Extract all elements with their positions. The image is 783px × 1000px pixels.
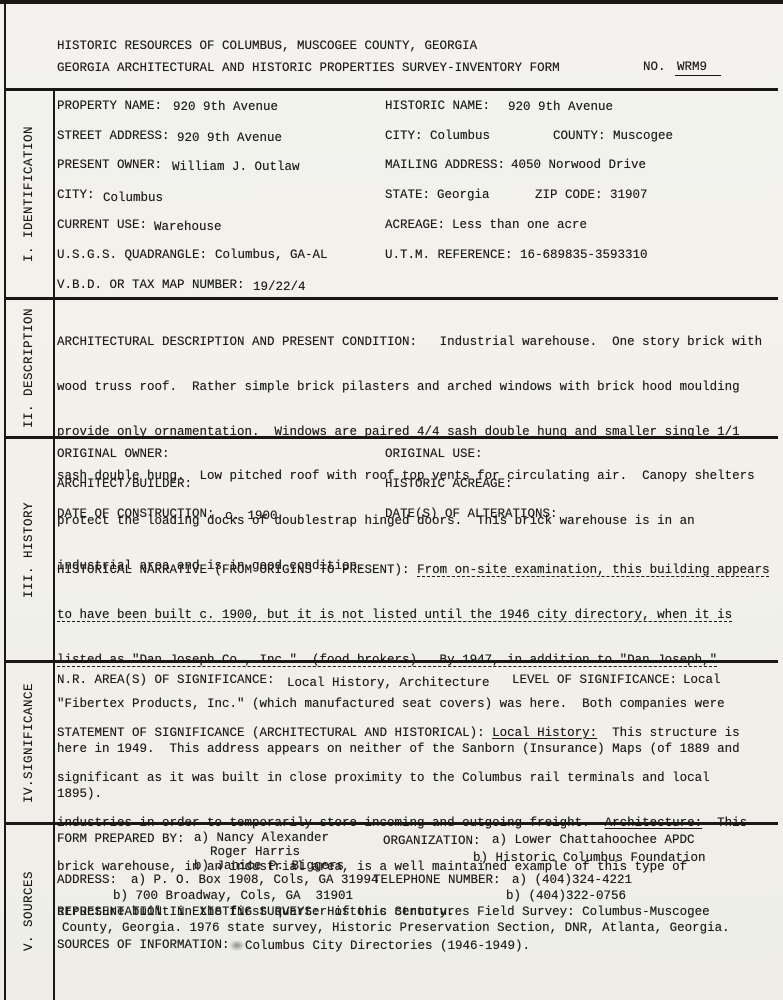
tax-map-value: 19/22/4: [253, 280, 306, 294]
narrative-line-2: to have been built c. 1900, but it is no…: [57, 608, 732, 622]
county-label: COUNTY:: [553, 129, 606, 143]
preparer-a-value: a) Nancy Alexander: [194, 831, 329, 845]
mailing-address-value: 4050 Norwood Drive: [511, 158, 646, 172]
local-history-heading: Local History:: [492, 726, 597, 740]
county-value: Muscogee: [613, 129, 673, 143]
telephone-a-value: a) (404)324-4221: [512, 873, 632, 887]
quadrangle-value: Columbus, GA-AL: [215, 248, 328, 262]
existing-surveys-label: REPRESENTATION IN EXISTING SURVEYS:: [57, 905, 320, 919]
section-significance-label: IV.SIGNIFICANCE: [8, 663, 50, 822]
description-line-2: wood truss roof. Rather simple brick pil…: [57, 379, 775, 396]
architect-builder-label: ARCHITECT/BUILDER:: [57, 477, 192, 491]
statement-line-1-rest: This structure is: [597, 726, 740, 740]
architectural-description-label: ARCHITECTURAL DESCRIPTION AND PRESENT CO…: [57, 335, 417, 349]
section-identification-label: I. IDENTIFICATION: [8, 91, 50, 297]
existing-surveys-line-2: County, Georgia. 1976 state survey, Hist…: [62, 921, 730, 935]
nr-areas-label: N.R. AREA(S) OF SIGNIFICANCE:: [57, 673, 275, 687]
ink-smudge: [229, 940, 245, 951]
sources-of-information-label: SOURCES OF INFORMATION:: [57, 938, 230, 952]
quadrangle-label: U.S.G.S. QUADRANGLE:: [57, 248, 207, 262]
date-of-alterations-label: DATE(S) OF ALTERATIONS:: [385, 507, 558, 521]
historical-narrative-label: HISTORICAL NARRATIVE (FROM ORIGINS TO PR…: [57, 563, 417, 577]
current-use-label: CURRENT USE:: [57, 218, 147, 232]
top-edge-line: [0, 0, 783, 4]
present-owner-label: PRESENT OWNER:: [57, 158, 162, 172]
statement-line-3-rest: This: [702, 816, 747, 830]
statement-label: STATEMENT OF SIGNIFICANCE (ARCHITECTURAL…: [57, 726, 492, 740]
property-name-label: PROPERTY NAME:: [57, 99, 162, 113]
date-of-construction-label: DATE OF CONSTRUCTION:: [57, 507, 215, 521]
acreage-value: Less than one acre: [452, 218, 587, 232]
preparer-b-value: b) Janice P. Biggers: [194, 859, 344, 873]
organization-b-value: b) Historic Columbus Foundation: [473, 851, 706, 865]
survey-form-page: HISTORIC RESOURCES OF COLUMBUS, MUSCOGEE…: [0, 0, 783, 1000]
nr-areas-value: Local History, Architecture: [287, 676, 490, 690]
city-label: CITY:: [385, 129, 423, 143]
utm-reference-label: U.T.M. REFERENCE:: [385, 248, 513, 262]
telephone-b-value: b) (404)322-0756: [506, 889, 626, 903]
historic-acreage-label: HISTORIC ACREAGE:: [385, 477, 513, 491]
historic-name-value: 920 9th Avenue: [508, 100, 613, 114]
form-number-value: WRM9: [675, 60, 721, 76]
level-of-significance-value: Local: [683, 673, 721, 687]
architecture-heading: Architecture:: [605, 816, 703, 830]
label-column-line: [53, 88, 55, 1000]
present-owner-value: William J. Outlaw: [172, 160, 300, 174]
original-use-label: ORIGINAL USE:: [385, 447, 483, 461]
state-value: Georgia: [437, 188, 490, 202]
form-title-line2: GEORGIA ARCHITECTURAL AND HISTORIC PROPE…: [57, 61, 560, 75]
tax-map-label: V.B.D. OR TAX MAP NUMBER:: [57, 278, 245, 292]
preparer-a2-value: Roger Harris: [210, 845, 300, 859]
address-label: ADDRESS:: [57, 873, 117, 887]
telephone-number-label: TELEPHONE NUMBER:: [373, 873, 501, 887]
address-b-value: b) 700 Broadway, Cols, GA 31901: [113, 889, 353, 903]
left-edge-line: [4, 2, 6, 1000]
zip-code-label: ZIP CODE:: [535, 188, 603, 202]
address-a-value: a) P. O. Box 1908, Cols, GA 31994: [131, 873, 379, 887]
owner-city-label: CITY:: [57, 188, 95, 202]
description-line-3: provide only ornamentation. Windows are …: [57, 424, 775, 441]
organization-a-value: a) Lower Chattahoochee APDC: [492, 833, 695, 847]
zip-code-value: 31907: [610, 188, 648, 202]
historic-name-label: HISTORIC NAME:: [385, 99, 490, 113]
section-history-label: III. HISTORY: [8, 439, 50, 660]
form-title-line1: HISTORIC RESOURCES OF COLUMBUS, MUSCOGEE…: [57, 39, 477, 53]
section-sources-label: V. SOURCES: [8, 826, 50, 996]
header-divider: [4, 88, 778, 91]
statement-line-3-pre: industries in order to temporarily store…: [57, 816, 605, 830]
narrative-line-3: listed as "Dan Joseph Co., Inc." (food b…: [57, 653, 717, 667]
state-label: STATE:: [385, 188, 430, 202]
existing-surveys-value: Historic Structures Field Survey: Columb…: [320, 905, 710, 919]
narrative-line-1: From on-site examination, this building …: [417, 563, 770, 577]
description-line-1: Industrial warehouse. One story brick wi…: [417, 335, 762, 349]
form-prepared-by-label: FORM PREPARED BY:: [57, 832, 185, 846]
property-name-value: 920 9th Avenue: [173, 100, 278, 114]
original-owner-label: ORIGINAL OWNER:: [57, 447, 170, 461]
street-address-label: STREET ADDRESS:: [57, 129, 170, 143]
mailing-address-label: MAILING ADDRESS:: [385, 158, 505, 172]
sources-of-information-value: Columbus City Directories (1946-1949).: [245, 939, 530, 953]
street-address-value: 920 9th Avenue: [177, 131, 282, 145]
section-description-label: II. DESCRIPTION: [8, 300, 50, 436]
section-divider-1: [4, 297, 778, 300]
organization-label: ORGANIZATION:: [383, 834, 481, 848]
statement-line-2: significant as it was built in close pro…: [57, 770, 775, 787]
current-use-value: Warehouse: [154, 220, 222, 234]
date-of-construction-value: c. 1900: [225, 509, 278, 523]
utm-reference-value: 16-689835-3593310: [520, 248, 648, 262]
acreage-label: ACREAGE:: [385, 218, 445, 232]
owner-city-value: Columbus: [103, 191, 163, 205]
level-of-significance-label: LEVEL OF SIGNIFICANCE:: [512, 673, 677, 687]
form-number-label: NO.: [643, 60, 666, 74]
city-value: Columbus: [430, 129, 490, 143]
